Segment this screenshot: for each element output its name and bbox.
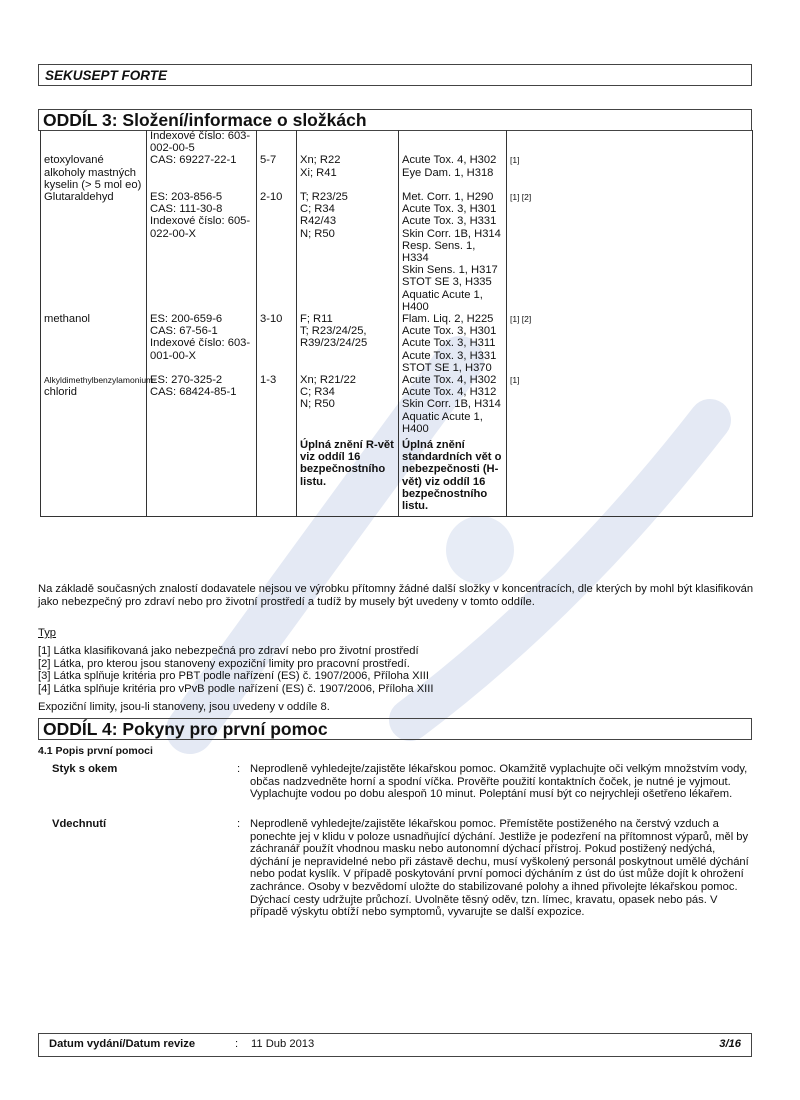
empty-cell <box>41 435 147 517</box>
component-name-prefix: Alkyldimethylbenzylamonium- <box>44 374 143 386</box>
percent-value: 3-10 <box>260 313 293 325</box>
cell-line: ES: 270-325-2 <box>150 374 253 386</box>
classification-67-548: Xn; R22Xi; R41 <box>297 154 399 191</box>
table-row: Úplná znění R-vět viz oddíl 16 bezpečnos… <box>41 435 753 517</box>
cell-line: ES: 203-856-5 <box>150 191 253 203</box>
cell-line: CAS: 68424-85-1 <box>150 386 253 398</box>
component-percent: 2-10 <box>257 191 297 313</box>
cell-line: STOT SE 1, H370 <box>402 362 503 374</box>
label-separator: : <box>237 818 240 831</box>
component-name <box>41 130 147 154</box>
page-number: 3/16 <box>719 1038 741 1050</box>
h-statements-note: Úplná znění standardních vět o nebezpečn… <box>399 435 507 517</box>
component-identifiers: CAS: 69227-22-1 <box>147 154 257 191</box>
first-aid-text: Neprodleně vyhledejte/zajistěte lékařsko… <box>250 763 750 801</box>
component-percent: 1-3 <box>257 374 297 435</box>
cell-line: R39/23/24/25 <box>300 337 395 349</box>
cell-line: Acute Tox. 4, H312 <box>402 386 503 398</box>
component-percent <box>257 130 297 154</box>
cell-line: Indexové číslo: 603-002-00-5 <box>150 130 253 154</box>
component-name: Alkyldimethylbenzylamonium-chlorid <box>41 374 147 435</box>
footer-label: Datum vydání/Datum revize <box>49 1038 195 1050</box>
cell-line: R42/43 <box>300 215 395 227</box>
component-name: etoxylované alkoholy mastných kyselin (>… <box>41 154 147 191</box>
type-refs: [1] <box>507 154 753 191</box>
exposure-note: Expoziční limity, jsou-li stanoveny, jso… <box>38 701 754 714</box>
first-aid-text: Neprodleně vyhledejte/zajistěte lékařsko… <box>250 818 750 919</box>
table-row: methanolES: 200-659-6CAS: 67-56-1Indexov… <box>41 313 753 374</box>
type-legend-item: [1] Látka klasifikovaná jako nebezpečná … <box>38 645 754 658</box>
cell-line: CAS: 67-56-1 <box>150 325 253 337</box>
cell-line: Acute Tox. 3, H301 <box>402 203 503 215</box>
footer-separator: : <box>235 1038 238 1050</box>
cell-line: Met. Corr. 1, H290 <box>402 191 503 203</box>
section-3-title: ODDÍL 3: Složení/informace o složkách <box>38 109 752 131</box>
cell-line: Skin Corr. 1B, H314 <box>402 228 503 240</box>
component-identifiers: ES: 200-659-6CAS: 67-56-1Indexové číslo:… <box>147 313 257 374</box>
component-name-text: Glutaraldehyd <box>44 191 143 203</box>
cell-line: Acute Tox. 4, H302 <box>402 154 503 166</box>
percent-value: 5-7 <box>260 154 293 166</box>
classification-67-548: Xn; R21/22C; R34N; R50 <box>297 374 399 435</box>
component-name: methanol <box>41 313 147 374</box>
cell-line: C; R34 <box>300 386 395 398</box>
classification-67-548: T; R23/25C; R34R42/43N; R50 <box>297 191 399 313</box>
type-heading: Typ <box>38 627 754 640</box>
product-name-header: SEKUSEPT FORTE <box>38 64 752 86</box>
type-ref-value: [1] <box>510 154 749 166</box>
cell-line: ES: 200-659-6 <box>150 313 253 325</box>
empty-cell <box>507 435 753 517</box>
revision-date: 11 Dub 2013 <box>251 1038 314 1050</box>
r-phrases-note: Úplná znění R-vět viz oddíl 16 bezpečnos… <box>297 435 399 517</box>
classification-clp: Flam. Liq. 2, H225Acute Tox. 3, H301Acut… <box>399 313 507 374</box>
table-row: Alkyldimethylbenzylamonium-chloridES: 27… <box>41 374 753 435</box>
composition-table: Indexové číslo: 603-002-00-5etoxylované … <box>40 130 753 517</box>
cell-line: Acute Tox. 3, H331 <box>402 215 503 227</box>
type-ref-value: [1] <box>510 374 749 386</box>
cell-line: STOT SE 3, H335 <box>402 276 503 288</box>
classification-67-548 <box>297 130 399 154</box>
classification-67-548: F; R11T; R23/24/25,R39/23/24/25 <box>297 313 399 374</box>
component-name-text: chlorid <box>44 386 143 398</box>
cell-line: Acute Tox. 3, H331 <box>402 350 503 362</box>
cell-line: Resp. Sens. 1, H334 <box>402 240 503 264</box>
type-refs: [1] [2] <box>507 313 753 374</box>
cell-line: T; R23/24/25, <box>300 325 395 337</box>
cell-line: Skin Sens. 1, H317 <box>402 264 503 276</box>
cell-line: Acute Tox. 3, H301 <box>402 325 503 337</box>
percent-value: 2-10 <box>260 191 293 203</box>
component-percent: 5-7 <box>257 154 297 191</box>
component-identifiers: ES: 270-325-2CAS: 68424-85-1 <box>147 374 257 435</box>
cell-line: Xn; R22 <box>300 154 395 166</box>
cell-line: N; R50 <box>300 398 395 410</box>
component-percent: 3-10 <box>257 313 297 374</box>
cell-line: Aquatic Acute 1, H400 <box>402 411 503 435</box>
cell-line: Indexové číslo: 603-001-00-X <box>150 337 253 361</box>
type-legend-item: [4] Látka splňuje kritéria pro vPvB podl… <box>38 683 754 696</box>
type-ref-value: [1] [2] <box>510 191 749 203</box>
type-refs: [1] [2] <box>507 191 753 313</box>
classification-clp <box>399 130 507 154</box>
cell-line: Indexové číslo: 605-022-00-X <box>150 215 253 239</box>
cell-line: Acute Tox. 4, H302 <box>402 374 503 386</box>
cell-line: Xi; R41 <box>300 167 395 179</box>
first-aid-label: Vdechnutí <box>52 818 202 831</box>
table-row: etoxylované alkoholy mastných kyselin (>… <box>41 154 753 191</box>
component-name-text: etoxylované alkoholy mastných kyselin (>… <box>44 154 143 191</box>
supplier-note: Na základě současných znalostí dodavatel… <box>38 583 754 609</box>
cell-line: T; R23/25 <box>300 191 395 203</box>
type-legend-item: [2] Látka, pro kterou jsou stanoveny exp… <box>38 658 754 671</box>
type-legend-item: [3] Látka splňuje kritéria pro PBT podle… <box>38 670 754 683</box>
type-refs <box>507 130 753 154</box>
cell-line: CAS: 69227-22-1 <box>150 154 253 166</box>
cell-line: C; R34 <box>300 203 395 215</box>
cell-line: Flam. Liq. 2, H225 <box>402 313 503 325</box>
cell-line: Xn; R21/22 <box>300 374 395 386</box>
cell-line: Acute Tox. 3, H311 <box>402 337 503 349</box>
classification-clp: Acute Tox. 4, H302Acute Tox. 4, H312Skin… <box>399 374 507 435</box>
component-identifiers: ES: 203-856-5CAS: 111-30-8Indexové číslo… <box>147 191 257 313</box>
label-separator: : <box>237 763 240 776</box>
empty-cell <box>147 435 257 517</box>
page-footer: Datum vydání/Datum revize : 11 Dub 2013 … <box>38 1033 752 1057</box>
cell-line: CAS: 111-30-8 <box>150 203 253 215</box>
cell-line: F; R11 <box>300 313 395 325</box>
component-name: Glutaraldehyd <box>41 191 147 313</box>
cell-line: Skin Corr. 1B, H314 <box>402 398 503 410</box>
empty-cell <box>257 435 297 517</box>
component-name-text: methanol <box>44 313 143 325</box>
first-aid-label: Styk s okem <box>52 763 202 776</box>
table-row: GlutaraldehydES: 203-856-5CAS: 111-30-8I… <box>41 191 753 313</box>
table-row: Indexové číslo: 603-002-00-5 <box>41 130 753 154</box>
type-refs: [1] <box>507 374 753 435</box>
component-identifiers: Indexové číslo: 603-002-00-5 <box>147 130 257 154</box>
type-legend: [1] Látka klasifikovaná jako nebezpečná … <box>38 645 754 695</box>
section-4-title: ODDÍL 4: Pokyny pro první pomoc <box>38 718 752 740</box>
classification-clp: Met. Corr. 1, H290Acute Tox. 3, H301Acut… <box>399 191 507 313</box>
cell-line: N; R50 <box>300 228 395 240</box>
subsection-heading: 4.1 Popis první pomoci <box>38 745 153 757</box>
percent-value: 1-3 <box>260 374 293 386</box>
cell-line: Aquatic Acute 1, H400 <box>402 289 503 313</box>
classification-clp: Acute Tox. 4, H302Eye Dam. 1, H318 <box>399 154 507 191</box>
cell-line: Eye Dam. 1, H318 <box>402 167 503 179</box>
type-ref-value: [1] [2] <box>510 313 749 325</box>
